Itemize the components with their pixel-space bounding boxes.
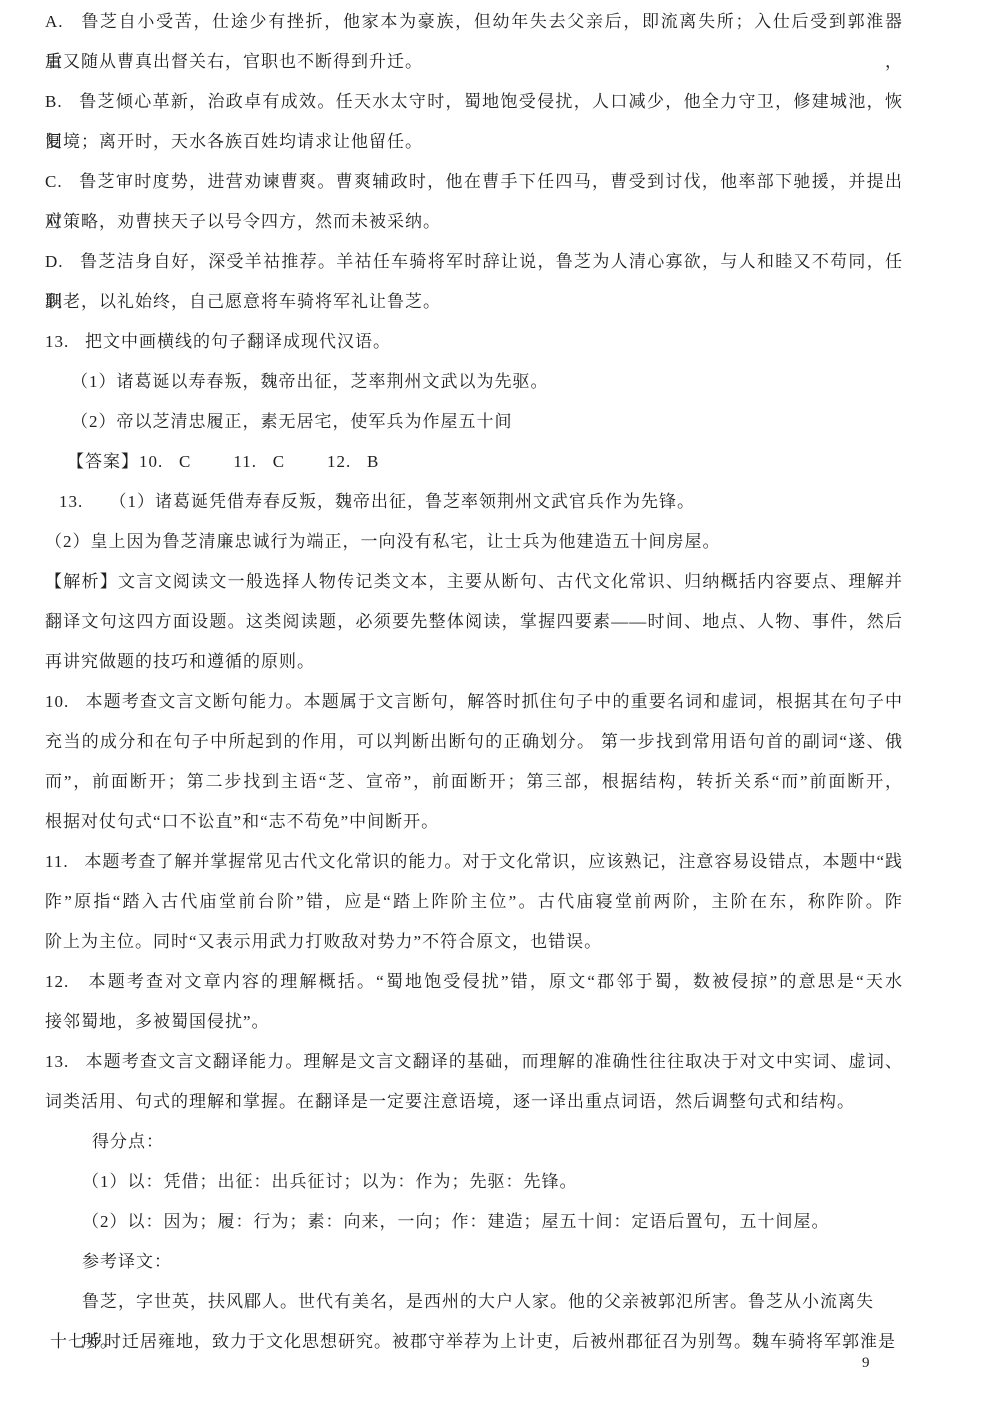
text-line: 充当的成分和在句子中所起到的作用，可以判断出断句的正确划分。 第一步找到常用语句…	[45, 722, 903, 762]
text-line: B. 鲁芝倾心革新，治政卓有成效。任天水太守时，蜀地饱受侵扰，人口减少，他全力守…	[45, 82, 903, 122]
text-line: 鲁芝，字世英，扶风郿人。世代有美名，是西州的大户人家。他的父亲被郭氾所害。鲁芝从…	[45, 1282, 903, 1322]
text-line: 阶上为主位。同时“又表示用武力打败敌对势力”不符合原文，也错误。	[45, 922, 903, 962]
text-line: 对策略，劝曹挟天子以号令四方，然而未被采纳。	[45, 202, 903, 242]
text-line: （2）以：因为；履：行为；素：向来，一向；作：建造；屋五十间：定语后置句，五十间…	[45, 1202, 903, 1242]
text-line: 【答案】10. C 11. C 12. B	[45, 442, 903, 482]
text-line: D. 鲁芝洁身自好，深受羊祜推荐。羊祜任车骑将军时辞让说，鲁芝为人清心寡欲，与人…	[45, 242, 903, 282]
text-line: 到老，以礼始终，自己愿意将车骑将军礼让鲁芝。	[45, 282, 903, 322]
document-lines: A. 鲁芝自小受苦，仕途少有挫折，他家本为豪族，但幼年失去父亲后，即流离失所；入…	[45, 2, 903, 1362]
text-line: 接邻蜀地，多被蜀国侵扰”。	[45, 1002, 903, 1042]
page-number: 9	[862, 1353, 870, 1373]
text-line: 10. 本题考查文言文断句能力。本题属于文言断句，解答时抓住句子中的重要名词和虚…	[45, 682, 903, 722]
text-line: 13. 本题考查文言文翻译能力。理解是文言文翻译的基础，而理解的准确性往往取决于…	[45, 1042, 903, 1082]
text-line: （1）诸葛诞以寿春叛，魏帝出征，芝率荆州文武以为先驱。	[45, 362, 903, 402]
text-line: C. 鲁芝审时度势，进营劝谏曹爽。曹爽辅政时，他在曹手下任四马，曹受到讨伐，他率…	[45, 162, 903, 202]
text-line: 得分点：	[45, 1122, 903, 1162]
text-line: 阼”原指“踏入古代庙堂前台阶”错，应是“踏上阼阶主位”。古代庙寝堂前两阶，主阶在…	[45, 882, 903, 922]
text-line: 词类活用、句式的理解和掌握。在翻译是一定要注意语境，逐一译出重点词语，然后调整句…	[45, 1082, 903, 1122]
text-line: 根据对仗句式“口不讼直”和“志不苟免”中间断开。	[45, 802, 903, 842]
document-page: A. 鲁芝自小受苦，仕途少有挫折，他家本为豪族，但幼年失去父亲后，即流离失所；入…	[0, 0, 992, 1403]
text-line: 十七岁时迁居雍地，致力于文化思想研究。被郡守举荐为上计吏，后被州郡征召为别驾。魏…	[45, 1322, 903, 1362]
text-line: 13. 把文中画横线的句子翻译成现代汉语。	[45, 322, 903, 362]
text-line: （1）以：凭借；出征：出兵征讨；以为：作为；先驱：先锋。	[45, 1162, 903, 1202]
text-line: 旧境；离开时，天水各族百姓均请求让他留任。	[45, 122, 903, 162]
text-line: 11. 本题考查了解并掌握常见古代文化常识的能力。对于文化常识，应该熟记，注意容…	[45, 842, 903, 882]
text-line: A. 鲁芝自小受苦，仕途少有挫折，他家本为豪族，但幼年失去父亲后，即流离失所；入…	[45, 2, 903, 42]
text-line: 【解析】文言文阅读文一般选择人物传记类文本，主要从断句、古代文化常识、归纳概括内…	[45, 562, 903, 602]
text-line: 参考译文：	[45, 1242, 903, 1282]
text-line: （2）帝以芝清忠履正，素无居宅，使军兵为作屋五十间	[45, 402, 903, 442]
text-line: 13. （1）诸葛诞凭借寿春反叛，魏帝出征，鲁芝率领荆州文武官兵作为先锋。	[45, 482, 903, 522]
text-line: 而”，前面断开；第二步找到主语“芝、宣帝”，前面断开；第三部，根据结构，转折关系…	[45, 762, 903, 802]
text-line: （2）皇上因为鲁芝清廉忠诚行为端正，一向没有私宅，让士兵为他建造五十间房屋。	[45, 522, 903, 562]
text-line: 翻译文句这四方面设题。这类阅读题，必须要先整体阅读，掌握四要素——时间、地点、人…	[45, 602, 903, 642]
text-line: 再讲究做题的技巧和遵循的原则。	[45, 642, 903, 682]
text-line: 12. 本题考查对文章内容的理解概括。“蜀地饱受侵扰”错，原文“郡邻于蜀，数被侵…	[45, 962, 903, 1002]
